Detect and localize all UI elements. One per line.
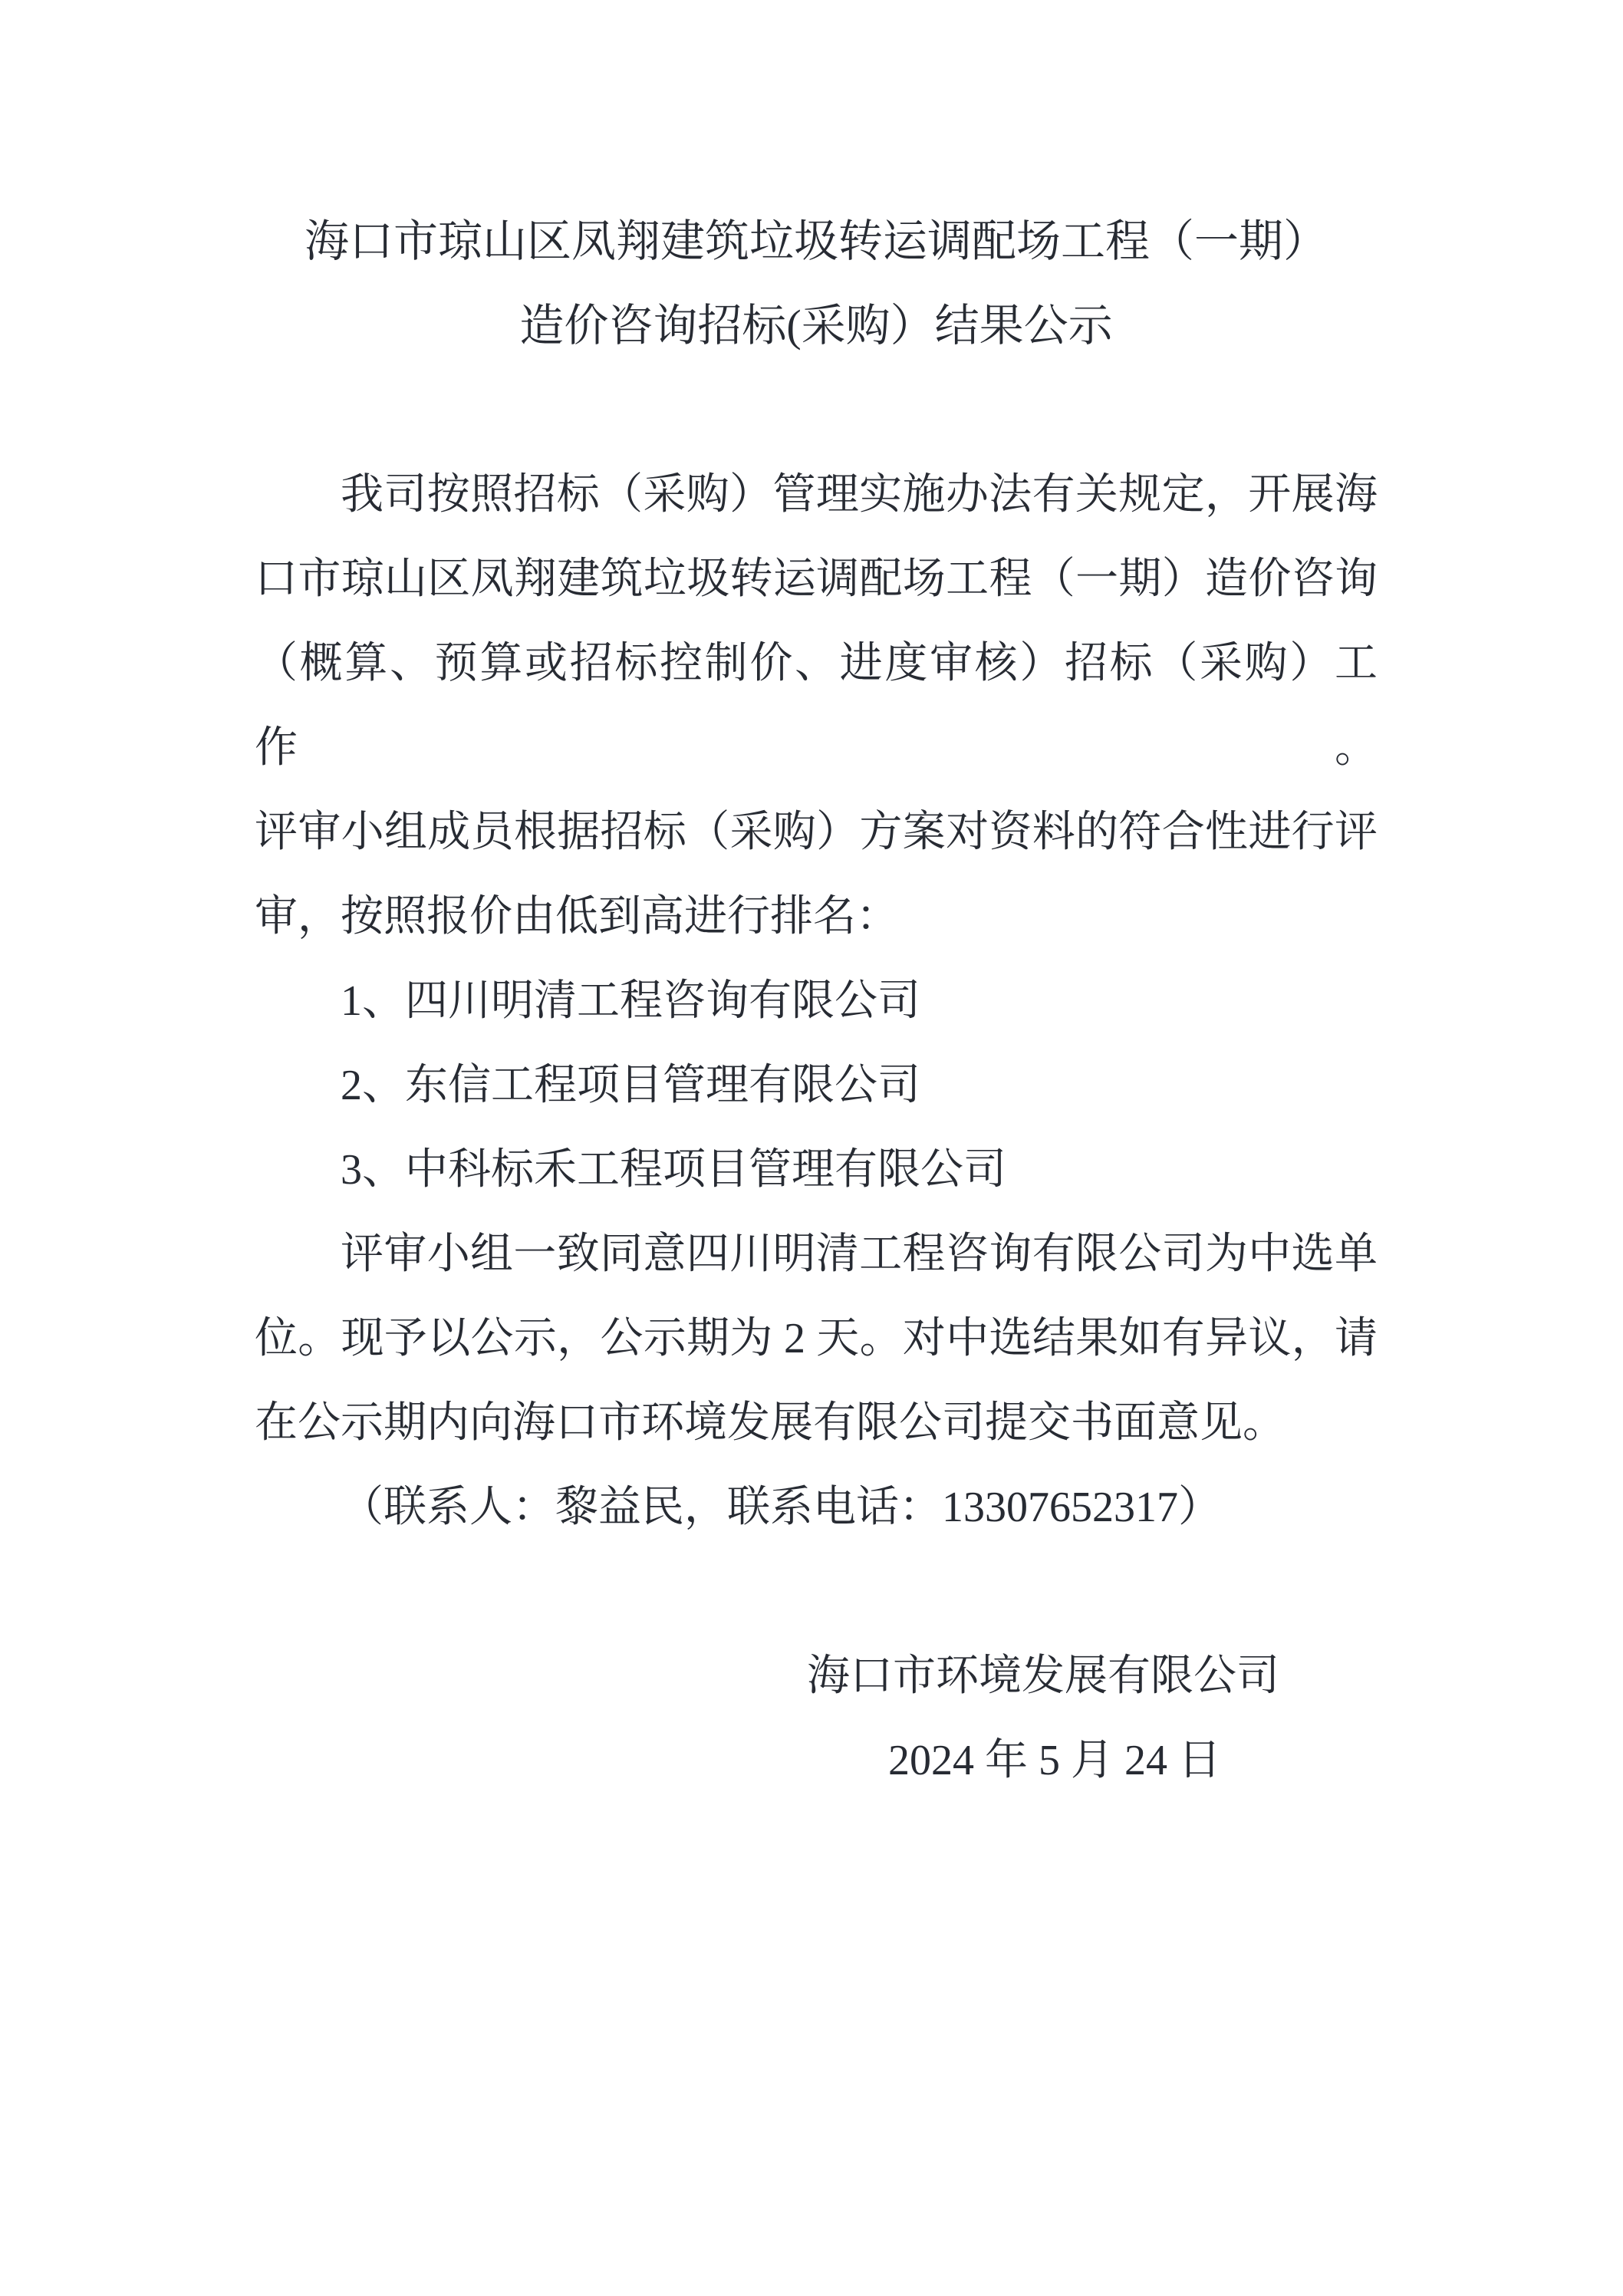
paragraph1-line-3: （概算、预算或招标控制价、进度审核）招标（采购）工作。 <box>255 621 1378 790</box>
paragraph2-line-1: 评审小组一致同意四川明清工程咨询有限公司为中选单 <box>255 1212 1378 1296</box>
contact-line: （联系人：黎益民，联系电话：13307652317） <box>255 1465 1378 1550</box>
signature-company: 海口市环境发展有限公司 <box>255 1634 1378 1718</box>
paragraph1-line-5: 审，按照报价由低到高进行排名： <box>255 875 1378 959</box>
document-body: 海口市琼山区凤翔建筑垃圾转运调配场工程（一期） 造价咨询招标(采购）结果公示 我… <box>0 0 1623 1803</box>
signature-date: 2024 年 5 月 24 日 <box>255 1718 1378 1803</box>
document-title-line-1: 海口市琼山区凤翔建筑垃圾转运调配场工程（一期） <box>255 199 1378 284</box>
ranking-item-2: 2、东信工程项目管理有限公司 <box>255 1043 1378 1128</box>
paragraph2-line-2: 位。现予以公示，公示期为 2 天。对中选结果如有异议，请 <box>255 1296 1378 1381</box>
paragraph1-line-1: 我司按照招标（采购）管理实施办法有关规定，开展海 <box>255 453 1378 537</box>
ranking-item-3: 3、中科标禾工程项目管理有限公司 <box>255 1128 1378 1212</box>
blank-line <box>255 1550 1378 1634</box>
document-title-line-2: 造价咨询招标(采购）结果公示 <box>255 284 1378 368</box>
paragraph1-line-2: 口市琼山区凤翔建筑垃圾转运调配场工程（一期）造价咨询 <box>255 537 1378 621</box>
document-page: 海口市琼山区凤翔建筑垃圾转运调配场工程（一期） 造价咨询招标(采购）结果公示 我… <box>0 0 1623 2296</box>
blank-line <box>255 368 1378 453</box>
ranking-item-1: 1、四川明清工程咨询有限公司 <box>255 959 1378 1043</box>
paragraph2-line-3: 在公示期内向海口市环境发展有限公司提交书面意见。 <box>255 1381 1378 1465</box>
paragraph1-line-4: 评审小组成员根据招标（采购）方案对资料的符合性进行评 <box>255 790 1378 875</box>
